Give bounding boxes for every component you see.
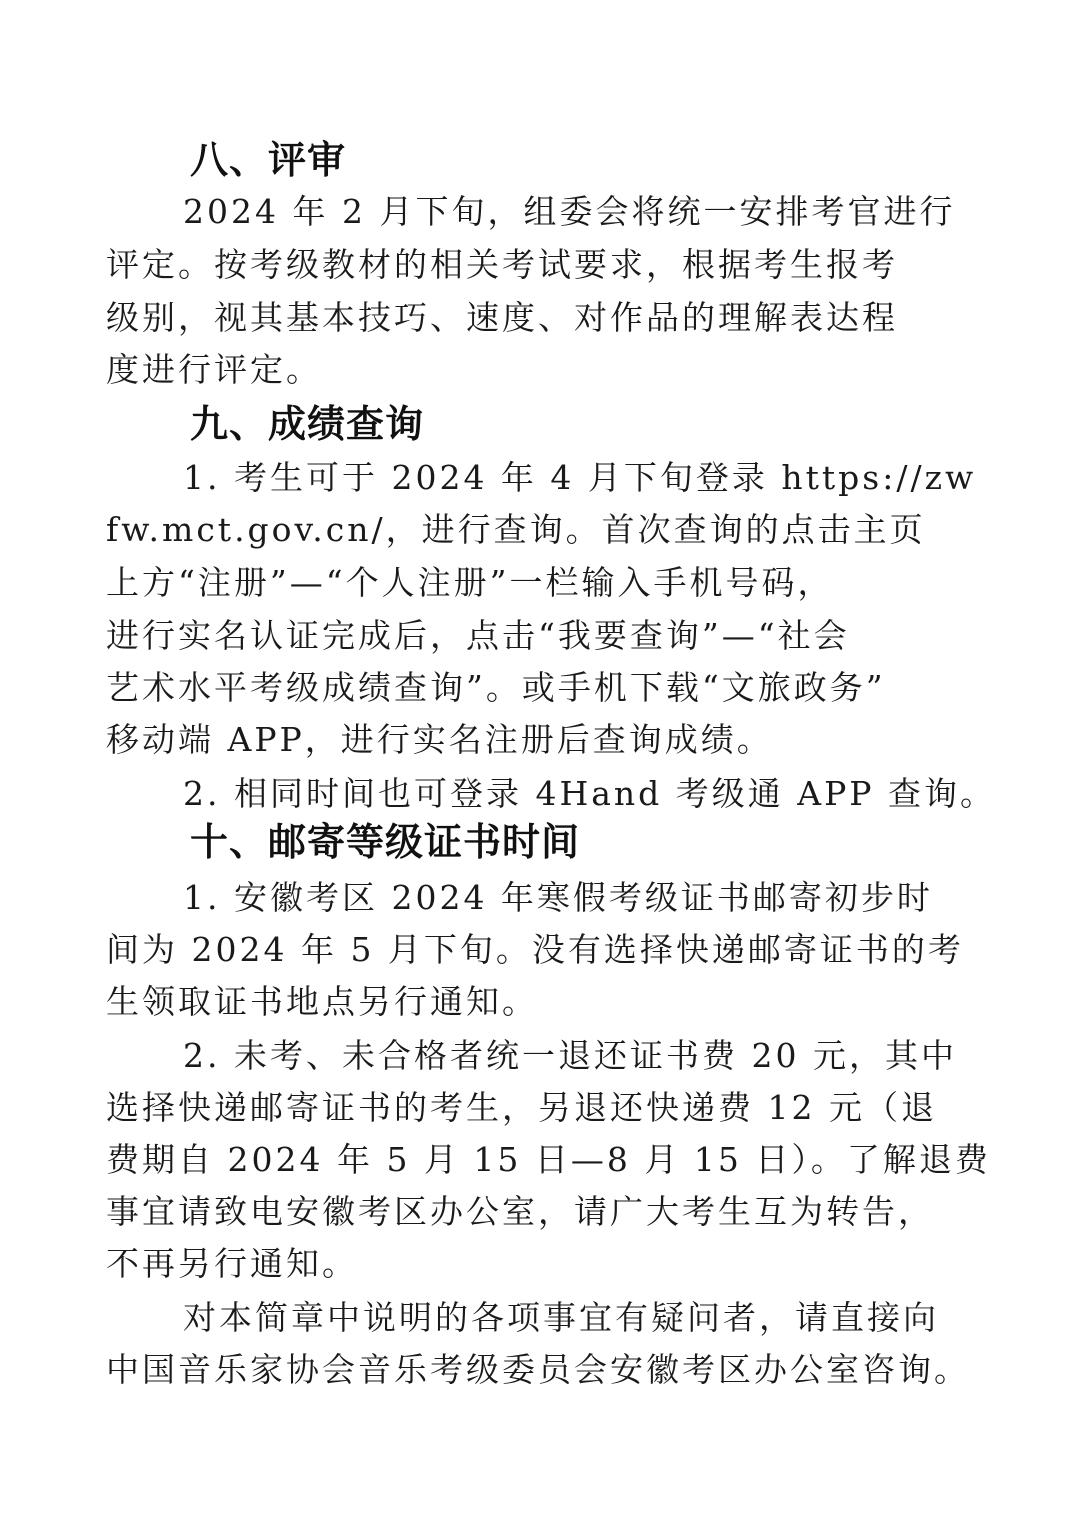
paragraph-line: 艺术水平考级成绩查询”。或手机下载“文旅政务” bbox=[106, 666, 986, 710]
paragraph-line: 2. 相同时间也可登录 4Hand 考级通 APP 查询。 bbox=[183, 772, 1063, 816]
paragraph-line: 1. 安徽考区 2024 年寒假考级证书邮寄初步时 bbox=[183, 876, 1063, 920]
paragraph-line: 选择快递邮寄证书的考生，另退还快递费 12 元（退 bbox=[106, 1086, 986, 1130]
section-heading-score-query: 九、成绩查询 bbox=[190, 400, 424, 448]
closing-line: 中国音乐家协会音乐考级委员会安徽考区办公室咨询。 bbox=[106, 1348, 986, 1392]
closing-line: 对本简章中说明的各项事宜有疑问者，请直接向 bbox=[183, 1296, 1063, 1340]
paragraph-line: 不再另行通知。 bbox=[106, 1242, 986, 1286]
paragraph-line: 间为 2024 年 5 月下旬。没有选择快递邮寄证书的考 bbox=[106, 928, 986, 972]
paragraph-line: 费期自 2024 年 5 月 15 日—8 月 15 日）。了解退费 bbox=[106, 1138, 986, 1182]
paragraph-line: 生领取证书地点另行通知。 bbox=[106, 980, 986, 1024]
paragraph-line: 上方“注册”—“个人注册”一栏输入手机号码， bbox=[106, 561, 986, 605]
paragraph-line: 2024 年 2 月下旬，组委会将统一安排考官进行 bbox=[183, 190, 1063, 234]
document-page: 八、评审 2024 年 2 月下旬，组委会将统一安排考官进行 评定。按考级教材的… bbox=[0, 0, 1080, 1527]
paragraph-line: 评定。按考级教材的相关考试要求，根据考生报考 bbox=[106, 243, 986, 287]
section-heading-certificate-mailing: 十、邮寄等级证书时间 bbox=[190, 818, 580, 866]
section-heading-review: 八、评审 bbox=[190, 136, 346, 184]
paragraph-line: 度进行评定。 bbox=[106, 348, 986, 392]
paragraph-line: 移动端 APP，进行实名注册后查询成绩。 bbox=[106, 718, 986, 762]
paragraph-line: 级别，视其基本技巧、速度、对作品的理解表达程 bbox=[106, 296, 986, 340]
paragraph-line: 进行实名认证完成后，点击“我要查询”—“社会 bbox=[106, 614, 986, 658]
paragraph-line: 事宜请致电安徽考区办公室，请广大考生互为转告， bbox=[106, 1190, 986, 1234]
paragraph-line-url: fw.mct.gov.cn/，进行查询。首次查询的点击主页 bbox=[106, 508, 986, 552]
paragraph-line: 2. 未考、未合格者统一退还证书费 20 元，其中 bbox=[183, 1034, 1063, 1078]
paragraph-line: 1. 考生可于 2024 年 4 月下旬登录 https://zw bbox=[183, 456, 1063, 500]
